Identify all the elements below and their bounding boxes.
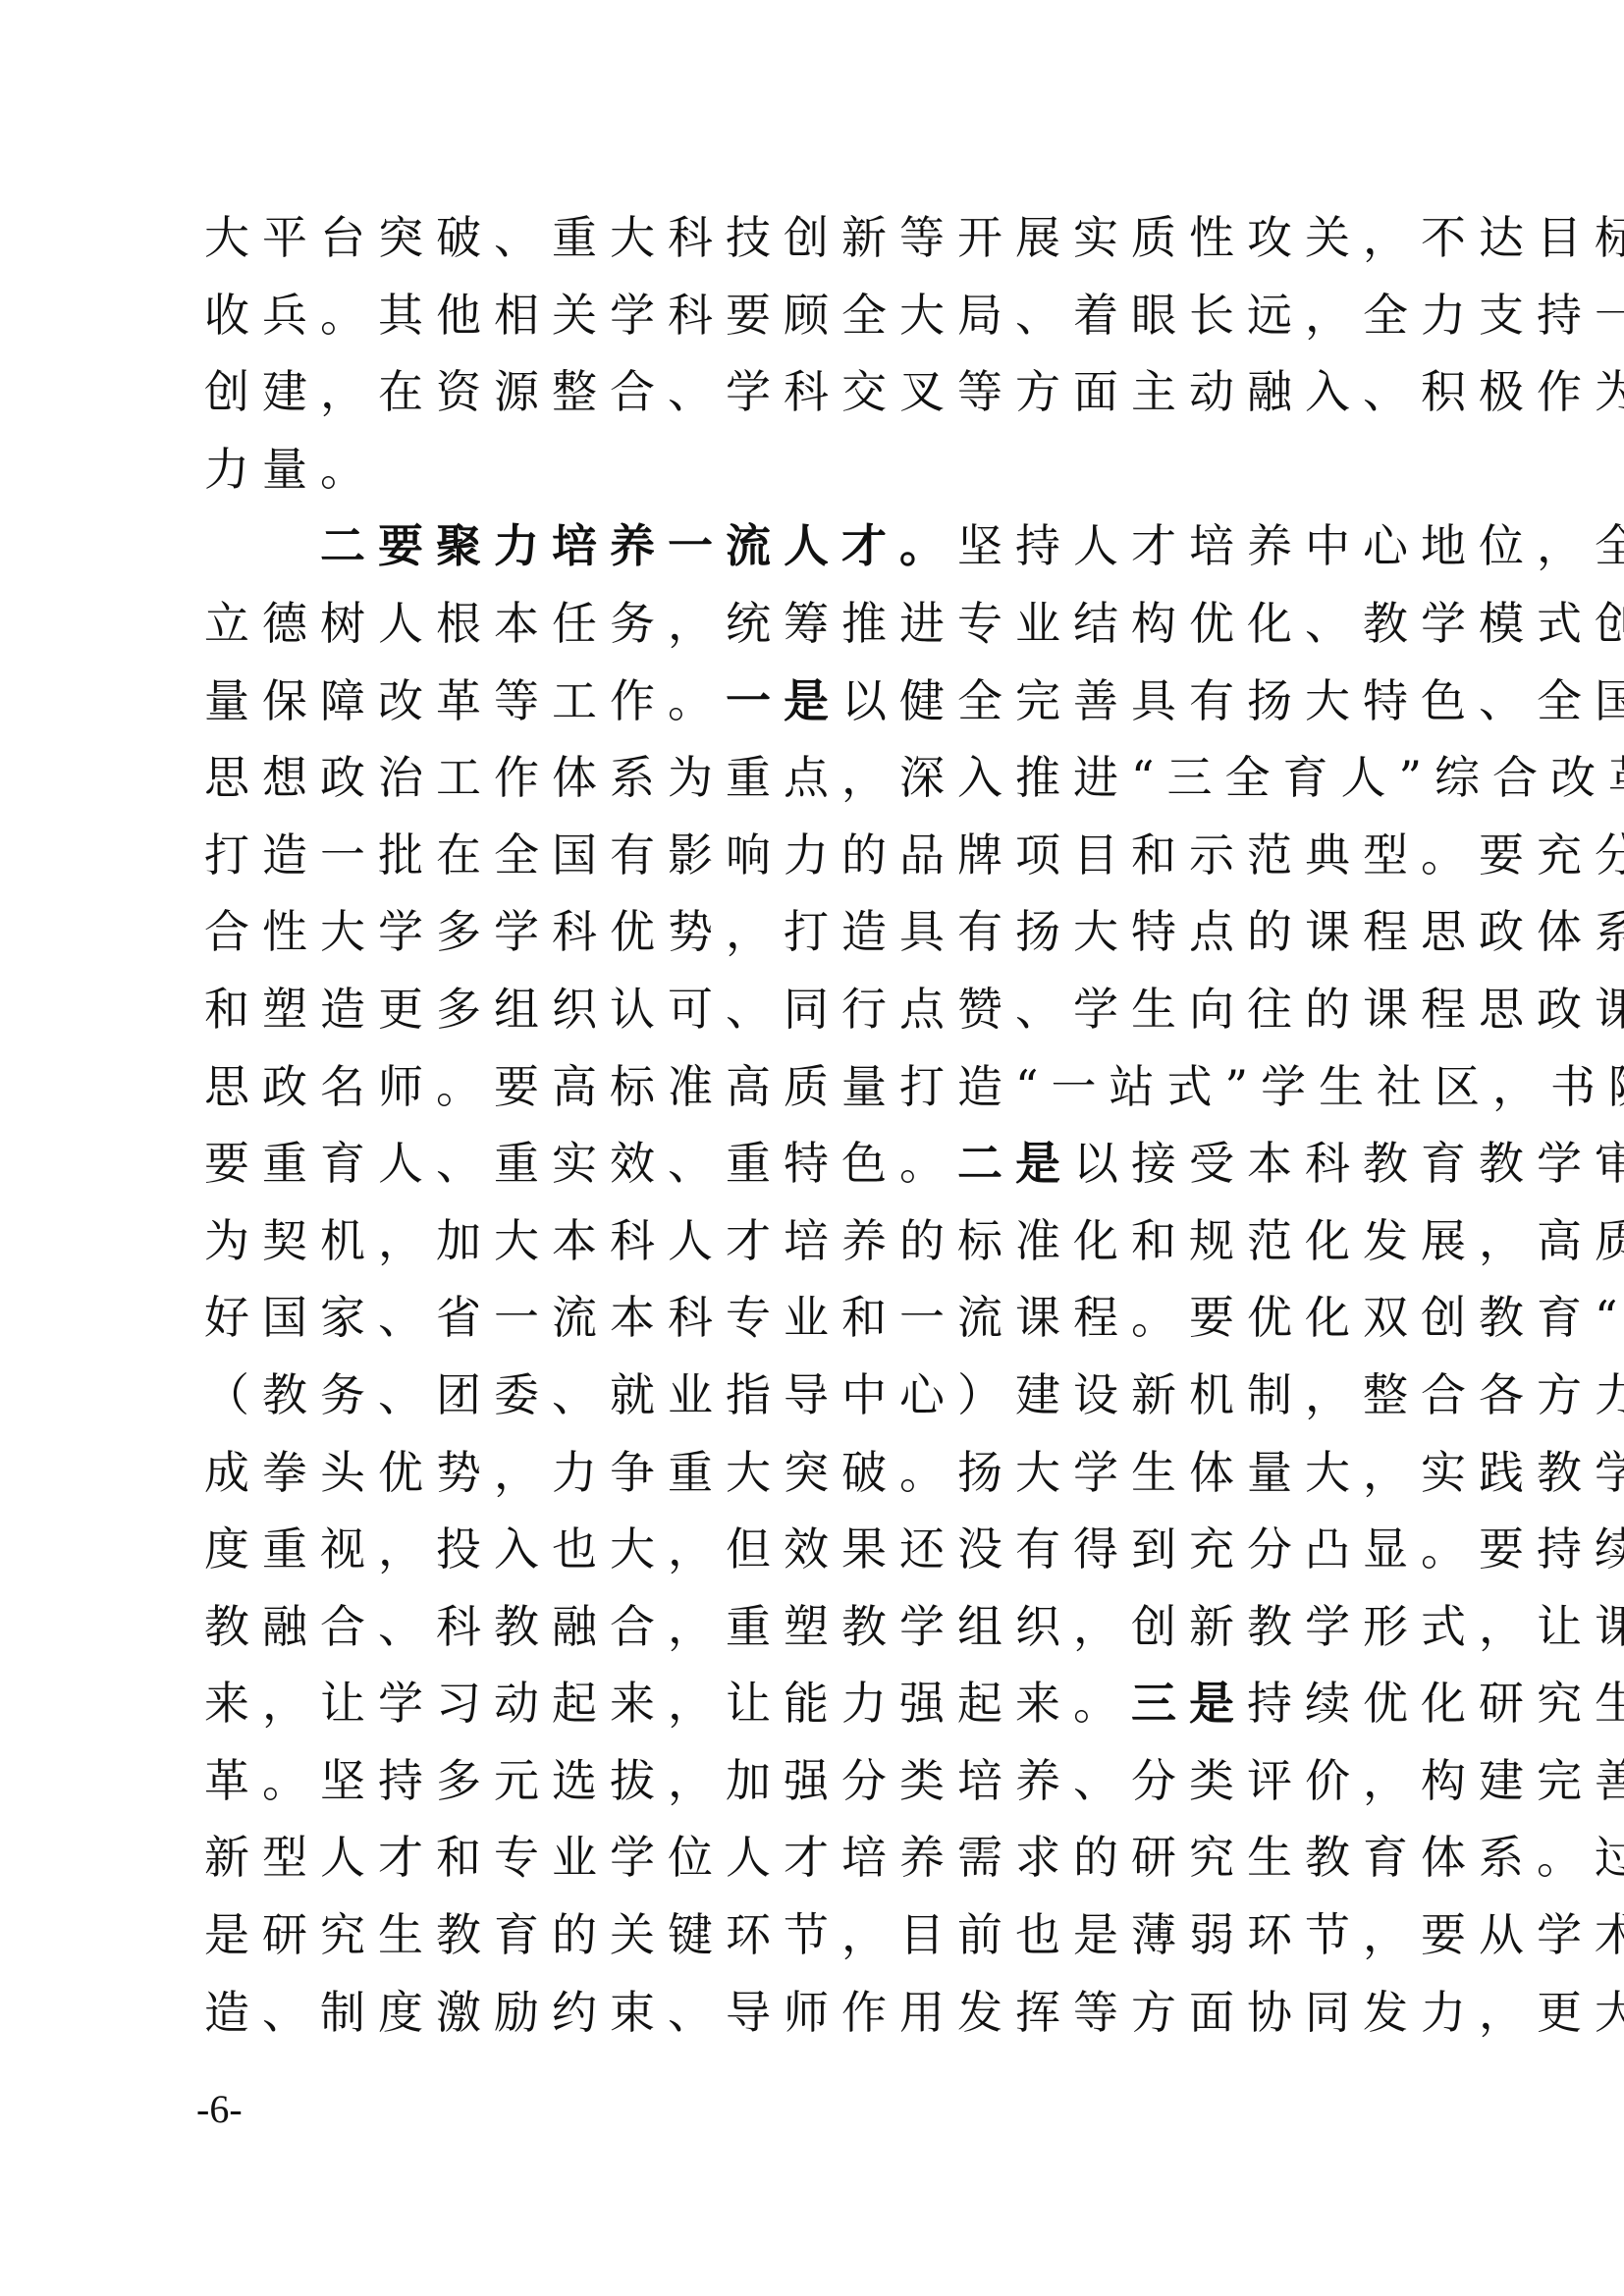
text-line: 思想政治工作体系为重点，深入推进“三全育人”综合改革，重点: [204, 739, 1441, 817]
text-segment: 思政名师。要高标准高质量打造“一站式”学生社区，书院制建设: [204, 1060, 1624, 1113]
text-segment: 打造一批在全国有影响力的品牌项目和示范典型。要充分发挥综: [204, 828, 1624, 881]
text-segment: 持续优化研究生教育改: [1247, 1677, 1624, 1730]
text-line: 革。坚持多元选拔，加强分类培养、分类评价，构建完善符合创: [204, 1742, 1441, 1820]
text-segment: 以接受本科教育教学审核评估: [1073, 1137, 1624, 1190]
text-line: 大平台突破、重大科技创新等开展实质性攻关，不达目标，决不: [204, 199, 1441, 277]
text-segment: 大平台突破、重大科技创新等开展实质性攻关，不达目标，决不: [204, 211, 1624, 264]
text-line: 度重视，投入也大，但效果还没有得到充分凸显。要持续深化产: [204, 1511, 1441, 1588]
bold-heading-text: 三是: [1131, 1677, 1247, 1730]
text-segment: 坚持人才培养中心地位，全面落实: [957, 519, 1624, 572]
text-segment: 思想政治工作体系为重点，深入推进“三全育人”综合改革，重点: [204, 751, 1624, 804]
text-line: 打造一批在全国有影响力的品牌项目和示范典型。要充分发挥综: [204, 817, 1441, 894]
text-line: 力量。: [204, 431, 1441, 508]
text-line: 量保障改革等工作。一是以健全完善具有扬大特色、全国示范的: [204, 663, 1441, 740]
text-line: （教务、团委、就业指导中心）建设新机制，整合各方力量，形: [204, 1357, 1441, 1434]
text-line: 立德树人根本任务，统筹推进专业结构优化、教学模式创新、质: [204, 585, 1441, 663]
body-text: 大平台突破、重大科技创新等开展实质性攻关，不达目标，决不收兵。其他相关学科要顾全…: [204, 199, 1441, 2051]
text-line: 新型人才和专业学位人才培养需求的研究生教育体系。过程管理: [204, 1819, 1441, 1896]
bold-heading-text: 二是: [957, 1137, 1073, 1190]
page-number: -6-: [196, 2086, 243, 2132]
bold-heading-text: 一是: [726, 674, 841, 727]
text-segment: 力量。: [204, 443, 378, 496]
text-segment: 来，让学习动起来，让能力强起来。: [204, 1677, 1131, 1730]
text-line: 是研究生教育的关键环节，目前也是薄弱环节，要从学术氛围营: [204, 1896, 1441, 1974]
text-segment: 要重育人、重实效、重特色。: [204, 1137, 957, 1190]
text-segment: 新型人才和专业学位人才培养需求的研究生教育体系。过程管理: [204, 1831, 1624, 1884]
text-line: 收兵。其他相关学科要顾全大局、着眼长远，全力支持一流学科: [204, 277, 1441, 354]
document-page: 大平台突破、重大科技创新等开展实质性攻关，不达目标，决不收兵。其他相关学科要顾全…: [0, 0, 1624, 2296]
text-segment: 立德树人根本任务，统筹推进专业结构优化、教学模式创新、质: [204, 597, 1624, 650]
text-line: 创建，在资源整合、学科交叉等方面主动融入、积极作为、贡献: [204, 353, 1441, 431]
text-segment: 革。坚持多元选拔，加强分类培养、分类评价，构建完善符合创: [204, 1754, 1624, 1807]
text-segment: 合性大学多学科优势，打造具有扬大特点的课程思政体系，培育: [204, 905, 1624, 958]
text-segment: 造、制度激励约束、导师作用发挥等方面协同发力，更大程度激: [204, 1986, 1624, 2039]
text-segment: 创建，在资源整合、学科交叉等方面主动融入、积极作为、贡献: [204, 365, 1624, 418]
text-line: 教融合、科教融合，重塑教学组织，创新教学形式，让课堂活起: [204, 1588, 1441, 1666]
text-line: 好国家、省一流本科专业和一流课程。要优化双创教育“三位一体”: [204, 1279, 1441, 1357]
text-line: 要重育人、重实效、重特色。二是以接受本科教育教学审核评估: [204, 1125, 1441, 1202]
text-line: 二要聚力培养一流人才。坚持人才培养中心地位，全面落实: [204, 507, 1441, 585]
text-segment: 教融合、科教融合，重塑教学组织，创新教学形式，让课堂活起: [204, 1600, 1624, 1653]
text-segment: （教务、团委、就业指导中心）建设新机制，整合各方力量，形: [204, 1368, 1624, 1421]
text-line: 合性大学多学科优势，打造具有扬大特点的课程思政体系，培育: [204, 893, 1441, 971]
text-line: 为契机，加大本科人才培养的标准化和规范化发展，高质量建设: [204, 1202, 1441, 1280]
text-segment: 收兵。其他相关学科要顾全大局、着眼长远，全力支持一流学科: [204, 289, 1624, 342]
text-segment: 量保障改革等工作。: [204, 674, 726, 727]
text-segment: 度重视，投入也大，但效果还没有得到充分凸显。要持续深化产: [204, 1522, 1624, 1575]
text-segment: 好国家、省一流本科专业和一流课程。要优化双创教育“三位一体”: [204, 1291, 1624, 1344]
text-segment: 和塑造更多组织认可、同行点赞、学生向往的课程思政课和课程: [204, 983, 1624, 1036]
text-segment: 为契机，加大本科人才培养的标准化和规范化发展，高质量建设: [204, 1214, 1624, 1267]
text-segment: 是研究生教育的关键环节，目前也是薄弱环节，要从学术氛围营: [204, 1908, 1624, 1961]
text-line: 造、制度激励约束、导师作用发挥等方面协同发力，更大程度激: [204, 1974, 1441, 2052]
bold-heading-text: 二要聚力培养一流人才。: [320, 519, 957, 572]
text-line: 成拳头优势，力争重大突破。扬大学生体量大，实践教学一直高: [204, 1434, 1441, 1512]
text-line: 思政名师。要高标准高质量打造“一站式”学生社区，书院制建设: [204, 1048, 1441, 1126]
text-line: 来，让学习动起来，让能力强起来。三是持续优化研究生教育改: [204, 1665, 1441, 1742]
text-segment: 以健全完善具有扬大特色、全国示范的: [841, 674, 1624, 727]
text-segment: 成拳头优势，力争重大突破。扬大学生体量大，实践教学一直高: [204, 1446, 1624, 1499]
text-line: 和塑造更多组织认可、同行点赞、学生向往的课程思政课和课程: [204, 971, 1441, 1048]
